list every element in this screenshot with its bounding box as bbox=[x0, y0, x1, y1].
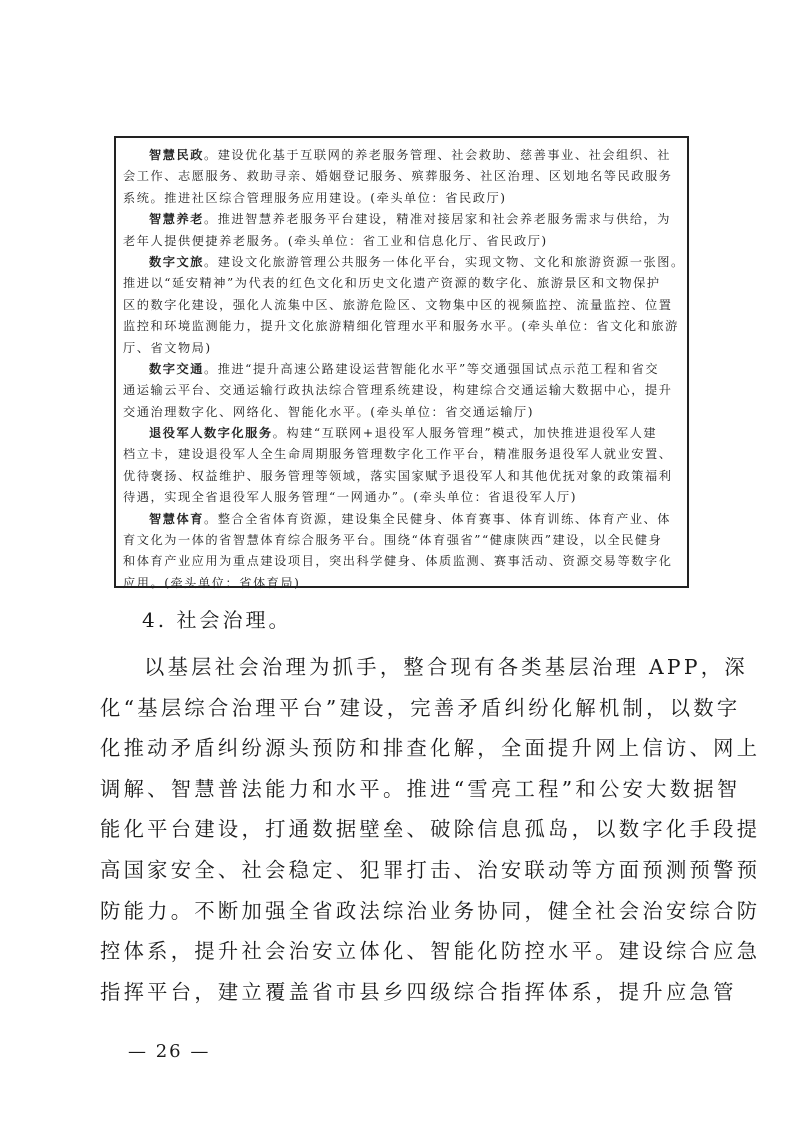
box-line: 监控和环境监测能力，提升文化旅游精细化管理水平和服务水平。(牵头单位：省文化和旅… bbox=[123, 316, 687, 337]
box-line: 和体育产业应用为重点建设项目，突出科学健身、体质监测、赛事活动、资源交易等数字化 bbox=[123, 551, 687, 572]
task-box: 智慧民政。建设优化基于互联网的养老服务管理、社会救助、慈善事业、社会组织、社 会… bbox=[114, 136, 689, 588]
item-title-veterans-digital-service: 退役军人数字化服务 bbox=[149, 426, 273, 440]
body-line: 能化平台建设，打通数据壁垒、破除信息孤岛，以数字化手段提 bbox=[100, 809, 720, 850]
item-title-smart-elderly-care: 智慧养老 bbox=[149, 212, 204, 226]
box-line: 待遇，实现全省退役军人服务管理“一网通办”。(牵头单位：省退役军人厅) bbox=[123, 487, 687, 508]
box-line: 系统。推进社区综合管理服务应用建设。(牵头单位：省民政厅) bbox=[123, 188, 687, 209]
box-line: 档立卡，建设退役军人全生命周期服务管理数字化工作平台，精准服务退役军人就业安置、 bbox=[123, 444, 687, 465]
box-line: 退役军人数字化服务。构建“互联网+退役军人服务管理”模式，加快推进退役军人建 bbox=[123, 423, 687, 444]
box-line: 推进以“延安精神”为代表的红色文化和历史文化遗产资源的数字化、旅游景区和文物保护 bbox=[123, 273, 687, 294]
body-line: 化推动矛盾纠纷源头预防和排查化解，全面提升网上信访、网上 bbox=[100, 728, 720, 769]
item-title-smart-sports: 智慧体育 bbox=[149, 512, 204, 526]
box-line: 育文化为一体的省智慧体育综合服务平台。围绕“体育强省”“健康陕西”建设，以全民健… bbox=[123, 530, 687, 551]
body-line: 防能力。不断加强全省政法综治业务协同，健全社会治安综合防 bbox=[100, 891, 720, 932]
body-line: 化“基层综合治理平台”建设，完善矛盾纠纷化解机制，以数字 bbox=[100, 688, 720, 729]
page-number: — 26 — bbox=[128, 1041, 210, 1062]
document-page: 智慧民政。建设优化基于互联网的养老服务管理、社会救助、慈善事业、社会组织、社 会… bbox=[0, 0, 793, 1122]
box-line: 数字交通。推进“提升高速公路建设运营智能化水平”等交通强国试点示范工程和省交 bbox=[123, 359, 687, 380]
box-line: 通运输云平台、交通运输行政执法综合管理系统建设，构建综合交通运输大数据中心，提升 bbox=[123, 380, 687, 401]
item-title-digital-culture-tourism: 数字文旅 bbox=[149, 255, 204, 269]
section-body: 以基层社会治理为抓手，整合现有各类基层治理 APP，深 化“基层综合治理平台”建… bbox=[100, 647, 720, 1012]
body-line: 指挥平台，建立覆盖省市县乡四级综合指挥体系，提升应急管 bbox=[100, 972, 720, 1013]
body-line: 控体系，提升社会治安立体化、智能化防控水平。建设综合应急 bbox=[100, 931, 720, 972]
box-line: 优待褒扬、权益维护、服务管理等领域，落实国家赋予退役军人和其他优抚对象的政策福利 bbox=[123, 466, 687, 487]
item-title-smart-civil-affairs: 智慧民政 bbox=[149, 148, 204, 162]
box-line: 老年人提供便捷养老服务。(牵头单位：省工业和信息化厅、省民政厅) bbox=[123, 231, 687, 252]
box-line: 厅、省文物局) bbox=[123, 338, 687, 359]
box-line: 智慧体育。整合全省体育资源，建设集全民健身、体育赛事、体育训练、体育产业、体 bbox=[123, 509, 687, 530]
box-line: 数字文旅。建设文化旅游管理公共服务一体化平台，实现文物、文化和旅游资源一张图。 bbox=[123, 252, 687, 273]
box-line: 智慧养老。推进智慧养老服务平台建设，精准对接居家和社会养老服务需求与供给，为 bbox=[123, 209, 687, 230]
body-line: 以基层社会治理为抓手，整合现有各类基层治理 APP，深 bbox=[100, 647, 720, 688]
body-line: 调解、智慧普法能力和水平。推进“雪亮工程”和公安大数据智 bbox=[100, 769, 720, 810]
section-heading: 4. 社会治理。 bbox=[142, 604, 291, 633]
box-line: 应用。(牵头单位：省体育局) bbox=[123, 573, 687, 594]
box-line: 会工作、志愿服务、救助寻亲、婚姻登记服务、殡葬服务、社区治理、区划地名等民政服务 bbox=[123, 166, 687, 187]
item-title-digital-transport: 数字交通 bbox=[149, 362, 204, 376]
box-line: 智慧民政。建设优化基于互联网的养老服务管理、社会救助、慈善事业、社会组织、社 bbox=[123, 145, 687, 166]
body-line: 高国家安全、社会稳定、犯罪打击、治安联动等方面预测预警预 bbox=[100, 850, 720, 891]
box-line: 交通治理数字化、网络化、智能化水平。(牵头单位：省交通运输厅) bbox=[123, 402, 687, 423]
box-line: 区的数字化建设，强化人流集中区、旅游危险区、文物集中区的视频监控、流量监控、位置 bbox=[123, 295, 687, 316]
